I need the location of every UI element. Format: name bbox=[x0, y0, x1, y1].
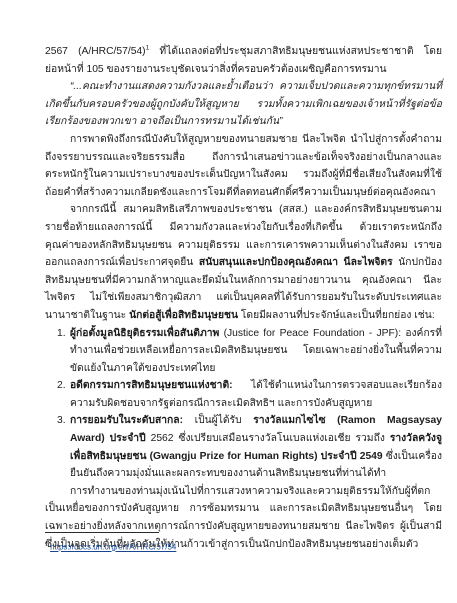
list-number: 1. bbox=[57, 325, 66, 343]
text-segment: การยอมรับในระดับสากล: bbox=[70, 415, 183, 426]
text-segment: เป็นผู้ได้รับ bbox=[183, 415, 253, 426]
footnote-separator bbox=[45, 532, 159, 533]
footnote-link[interactable]: https://docs.un.org/en/A/HRC/57/54 bbox=[50, 543, 176, 552]
text-segment: ผู้ก่อตั้งมูลนิธิยุติธรรมเพื่อสันติภาพ bbox=[70, 328, 219, 339]
text-segment: การพาดพิงถึงกรณีบังคับให้สูญหายของทนายสม… bbox=[45, 134, 442, 198]
quote-paragraph: “...คณะทำงานแสดงความกังวลและย้ำเตือนว่า … bbox=[45, 78, 442, 131]
list-item: 3.การยอมรับในระดับสากล: เป็นผู้ได้รับ รา… bbox=[45, 412, 442, 482]
document-page: 2567 (A/HRC/57/54)1 ที่ได้แถลงต่อที่ประช… bbox=[0, 0, 457, 603]
paragraph: 2567 (A/HRC/57/54)1 ที่ได้แถลงต่อที่ประช… bbox=[45, 43, 442, 78]
footnote-marker: 1 bbox=[45, 542, 48, 548]
text-segment: “...คณะทำงานแสดงความกังวลและย้ำเตือนว่า … bbox=[45, 81, 442, 127]
list-number: 3. bbox=[57, 412, 66, 430]
paragraph: การพาดพิงถึงกรณีบังคับให้สูญหายของทนายสม… bbox=[45, 131, 442, 201]
text-segment: 2567 (A/HRC/57/54) bbox=[45, 46, 146, 57]
text-segment: 2562 ซึ่งเปรียบเสมือนรางวัลโนเบลแห่งเอเช… bbox=[146, 433, 390, 444]
text-segment: นักต่อสู้เพื่อสิทธิมนุษยชน bbox=[129, 310, 238, 321]
list-item: 2.อดีตกรรมการสิทธิมนุษยชนแห่งชาติ: ได้ใช… bbox=[45, 377, 442, 412]
list-number: 2. bbox=[57, 377, 66, 395]
footnote-line: 1https://docs.un.org/en/A/HRC/57/54 bbox=[45, 540, 442, 553]
document-body: 2567 (A/HRC/57/54)1 ที่ได้แถลงต่อที่ประช… bbox=[45, 43, 442, 553]
list-item: 1.ผู้ก่อตั้งมูลนิธิยุติธรรมเพื่อสันติภาพ… bbox=[45, 325, 442, 378]
text-segment: สนับสนุนและปกป้องคุณอังคณา นีละไพจิตร bbox=[199, 257, 393, 268]
text-segment: โดยมีผลงานที่ประจักษ์และเป็นที่ยกย่อง เช… bbox=[238, 310, 435, 321]
paragraph: จากกรณีนี้ สมาคมสิทธิเสรีภาพของประชาชน (… bbox=[45, 201, 442, 324]
text-segment: อดีตกรรมการสิทธิมนุษยชนแห่งชาติ: bbox=[70, 380, 233, 391]
footnote-area: 1https://docs.un.org/en/A/HRC/57/54 bbox=[45, 532, 442, 553]
